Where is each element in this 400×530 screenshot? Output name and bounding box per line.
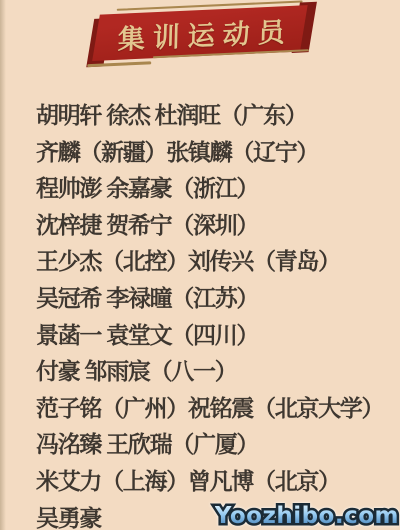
roster-row: 胡明轩 徐杰 杜润旺（广东） [36, 97, 400, 134]
header-banner: 集训运动员 [85, 0, 320, 73]
roster-row: 程帅澎 余嘉豪（浙江） [36, 170, 400, 207]
roster-row: 付豪 邹雨宸（八一） [36, 353, 400, 390]
roster-list: 胡明轩 徐杰 杜润旺（广东） 齐麟（新疆）张镇麟（辽宁） 程帅澎 余嘉豪（浙江）… [36, 97, 400, 530]
roster-row: 冯洺臻 王欣瑞（广厦） [36, 426, 400, 463]
roster-row: 王少杰（北控）刘传兴（青岛） [36, 243, 400, 280]
roster-row: 吴冠希 李禄曈（江苏） [36, 280, 400, 317]
banner-title: 集训运动员 [107, 9, 293, 56]
roster-row: 米艾力（上海）曾凡博（北京） [36, 463, 400, 500]
roster-row: 齐麟（新疆）张镇麟（辽宁） [36, 134, 400, 171]
roster-row: 范子铭（广州）祝铭震（北京大学） [36, 390, 400, 427]
roster-row: 沈梓捷 贺希宁（深圳） [36, 207, 400, 244]
roster-row: 景菡一 袁堂文（四川） [36, 317, 400, 354]
roster-poster: 集训运动员 胡明轩 徐杰 杜润旺（广东） 齐麟（新疆）张镇麟（辽宁） 程帅澎 余… [0, 0, 400, 530]
watermark: Yoozhibo.com Yoozhibo.com [215, 505, 399, 528]
watermark-text: Yoozhibo.com [215, 503, 399, 529]
